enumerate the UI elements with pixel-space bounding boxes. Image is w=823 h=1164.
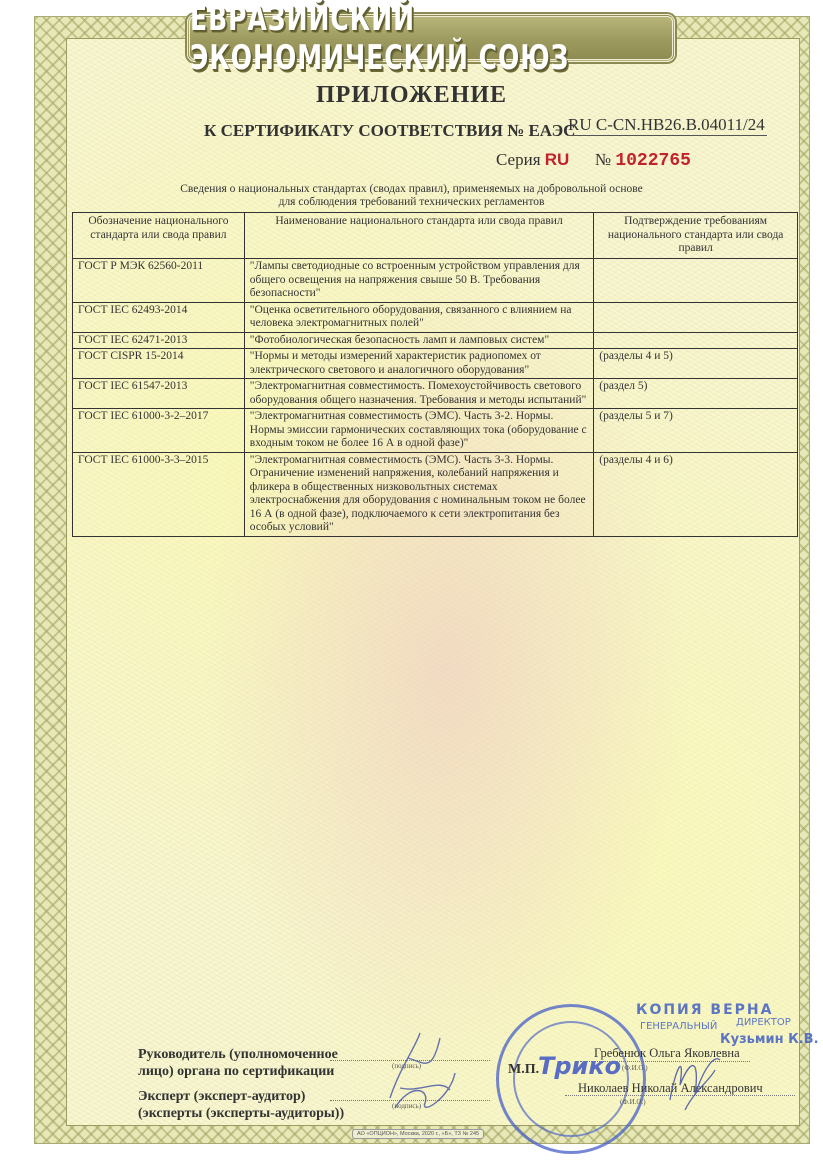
- header-code: Обозначение национального стандарта или …: [73, 213, 245, 259]
- standard-code: ГОСТ IEC 61000-3-2–2017: [73, 409, 245, 453]
- copy-certified-title: КОПИЯ ВЕРНА: [636, 1002, 773, 1018]
- standard-code: ГОСТ IEC 62493-2014: [73, 302, 245, 332]
- standard-name: "Лампы светодиодные со встроенным устрой…: [244, 259, 593, 303]
- copy-position-1: ГЕНЕРАЛЬНЫЙ: [640, 1021, 717, 1032]
- standard-confirmation: (разделы 5 и 7): [594, 409, 798, 453]
- page-title: ПРИЛОЖЕНИЕ: [0, 82, 823, 109]
- expert-label: Эксперт (эксперт-аудитор) (эксперты (экс…: [138, 1088, 344, 1122]
- standard-code: ГОСТ CISPR 15-2014: [73, 349, 245, 379]
- expert-signature-scribble: [660, 1040, 730, 1115]
- table-row: ГОСТ IEC 61547-2013"Электромагнитная сов…: [73, 379, 798, 409]
- head-label-line-2: лицо) органа по сертификации: [138, 1063, 338, 1080]
- blank-number-label: №: [595, 150, 611, 169]
- intro-line-1: Сведения о национальных стандартах (свод…: [0, 183, 823, 196]
- banner-text: ЕВРАЗИЙСКИЙ ЭКОНОМИЧЕСКИЙ СОЮЗ: [190, 0, 672, 77]
- standard-code: ГОСТ Р МЭК 62560-2011: [73, 259, 245, 303]
- table-row: ГОСТ Р МЭК 62560-2011"Лампы светодиодные…: [73, 259, 798, 303]
- series-line: Серия RU № 1022765: [496, 150, 691, 171]
- signature-scribble: [370, 1028, 460, 1118]
- union-banner: ЕВРАЗИЙСКИЙ ЭКОНОМИЧЕСКИЙ СОЮЗ: [187, 14, 675, 62]
- table-row: ГОСТ IEC 61000-3-2–2017"Электромагнитная…: [73, 409, 798, 453]
- expert-label-line-2: (эксперты (эксперты-аудиторы)): [138, 1105, 344, 1122]
- header-confirmation: Подтверждение требованиям национального …: [594, 213, 798, 259]
- standard-confirmation: [594, 332, 798, 349]
- standard-name: "Электромагнитная совместимость. Помехоу…: [244, 379, 593, 409]
- standard-confirmation: (разделы 4 и 5): [594, 349, 798, 379]
- copy-position-2: ДИРЕКТОР: [736, 1017, 791, 1028]
- head-fio-caption: (Ф.И.О.): [622, 1064, 648, 1072]
- blank-number-value: 1022765: [615, 151, 691, 171]
- standard-name: "Оценка осветительного оборудования, свя…: [244, 302, 593, 332]
- table-row: ГОСТ IEC 62493-2014"Оценка осветительног…: [73, 302, 798, 332]
- standard-name: "Нормы и методы измерений характеристик …: [244, 349, 593, 379]
- certificate-prefix: К СЕРТИФИКАТУ СООТВЕТСТВИЯ № ЕАЭС: [204, 121, 575, 141]
- standard-code: ГОСТ IEC 61547-2013: [73, 379, 245, 409]
- standards-table: Обозначение национального стандарта или …: [72, 212, 798, 537]
- head-label-line-1: Руководитель (уполномоченное: [138, 1046, 338, 1063]
- copy-director-name: Кузьмин К.В.: [720, 1032, 819, 1047]
- certificate-number: RU C-CN.HB26.B.04011/24: [568, 115, 767, 136]
- series-label: Серия: [496, 150, 541, 169]
- table-header-row: Обозначение национального стандарта или …: [73, 213, 798, 259]
- standard-confirmation: [594, 302, 798, 332]
- intro-line-2: для соблюдения требований технических ре…: [0, 196, 823, 209]
- expert-fio-caption: (Ф.И.О.): [620, 1098, 646, 1106]
- standard-confirmation: [594, 259, 798, 303]
- expert-label-line-1: Эксперт (эксперт-аудитор): [138, 1088, 344, 1105]
- intro-text: Сведения о национальных стандартах (свод…: [0, 183, 823, 209]
- series-value: RU: [545, 150, 570, 169]
- standard-confirmation: (раздел 5): [594, 379, 798, 409]
- standard-name: "Электромагнитная совместимость (ЭМС). Ч…: [244, 452, 593, 536]
- standard-code: ГОСТ IEC 61000-3-3–2015: [73, 452, 245, 536]
- table-row: ГОСТ CISPR 15-2014"Нормы и методы измере…: [73, 349, 798, 379]
- header-name: Наименование национального стандарта или…: [244, 213, 593, 259]
- seal-placeholder-label: М.П.: [508, 1062, 539, 1078]
- table-row: ГОСТ IEC 62471-2013"Фотобиологическая бе…: [73, 332, 798, 349]
- standard-confirmation: (разделы 4 и 6): [594, 452, 798, 536]
- standard-code: ГОСТ IEC 62471-2013: [73, 332, 245, 349]
- standard-name: "Электромагнитная совместимость (ЭМС). Ч…: [244, 409, 593, 453]
- table-row: ГОСТ IEC 61000-3-3–2015"Электромагнитная…: [73, 452, 798, 536]
- standard-name: "Фотобиологическая безопасность ламп и л…: [244, 332, 593, 349]
- head-label: Руководитель (уполномоченное лицо) орган…: [138, 1046, 338, 1080]
- print-info: АО «ОПЦИОН», Москва, 2020 г., «Б», ТЗ № …: [352, 1129, 484, 1139]
